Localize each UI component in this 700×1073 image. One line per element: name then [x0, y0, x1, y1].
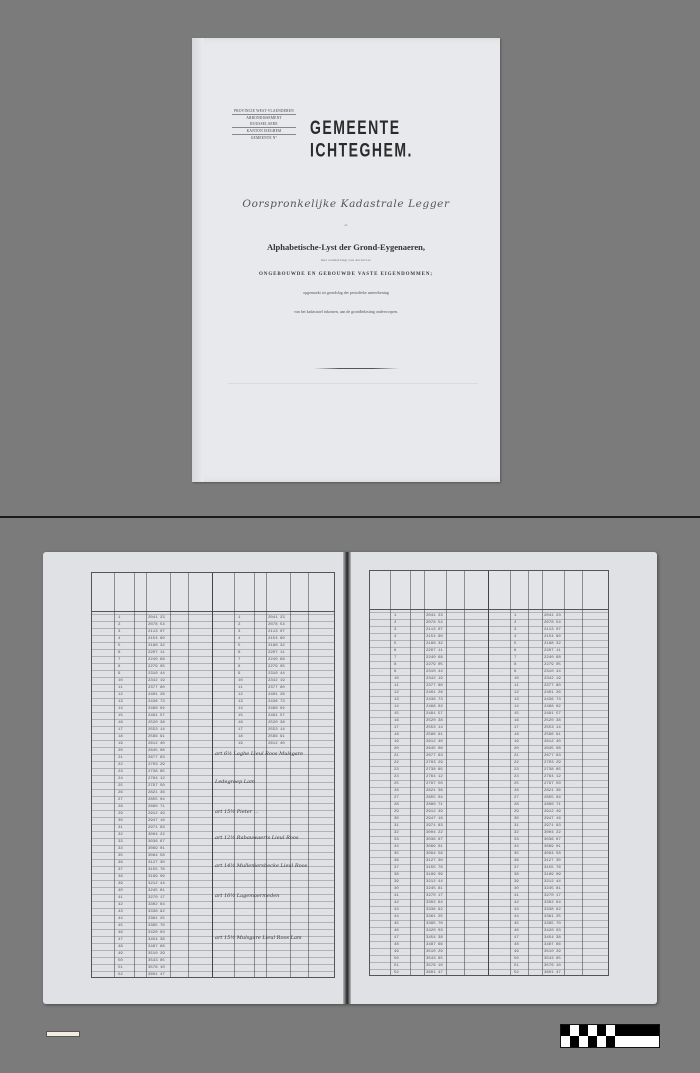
handwritten-entry: art 15½ Mulsgare Lieul Roos Lam — [215, 935, 302, 941]
center-column-rule — [212, 573, 213, 977]
handwritten-entry: art 15½ Pieter ... — [215, 809, 258, 815]
of-word: of — [192, 223, 500, 227]
right-page: 1 2 3 4 5 6 7 8 9 10 11 12 13 14 15 16 1… — [347, 552, 657, 1004]
left-page: 1 2 3 4 5 6 7 8 9 10 11 12 13 14 15 16 1… — [43, 552, 347, 1004]
parcel-values: 2041 23 2078 54 2113 07 2154 90 2188 32 … — [268, 615, 285, 745]
admin-line: GEMEENTE N° — [232, 135, 296, 141]
admin-line: KANTON ISEGHEM — [232, 128, 296, 135]
caps-line: ONGEBOUWDE EN GEBOUWDE VASTE EIGENDOMMEN… — [192, 272, 500, 277]
parcel-values: 2041 23 2078 54 2113 07 2154 90 2188 32 … — [544, 613, 561, 977]
ornamental-rule — [314, 368, 399, 369]
subtitle-small: met vermelding van derzelver — [192, 258, 500, 262]
handwritten-entry: Ledegroep Lam — [215, 779, 255, 785]
parcel-numbers: 1 2 3 4 5 6 7 8 9 10 11 12 13 14 15 16 1… — [514, 613, 519, 977]
script-title: Oorspronkelijke Kadastrale Legger — [192, 198, 500, 210]
ledger-table-left: 1 2 3 4 5 6 7 8 9 10 11 12 13 14 15 16 1… — [91, 572, 335, 978]
handwritten-entry: art 6½ Laghe Lieul Roos Mulsgare — [215, 751, 303, 757]
parcel-numbers: 1 2 3 4 5 6 7 8 9 10 11 12 13 14 15 16 1… — [238, 615, 243, 745]
municipality-title: GEMEENTE ICHTEGHEM. — [310, 116, 500, 161]
description-line-2: van het kadastrael inkomen, aan de grond… — [192, 309, 500, 314]
specimen-label — [46, 1031, 80, 1037]
book-gutter — [343, 552, 351, 1004]
handwritten-entry: art 14½ Mulleniersbecke Lieul Roos — [215, 863, 307, 869]
handwritten-entry: art 16½ Lagemaermeden — [215, 893, 279, 899]
faint-bottom-region — [228, 383, 478, 469]
parcel-numbers: 1 2 3 4 5 6 7 8 9 10 11 12 13 14 15 16 1… — [394, 613, 399, 977]
center-column-rule — [488, 571, 489, 975]
main-title: Alphabetische-Lyst der Grond-Eygenaeren, — [192, 242, 500, 252]
parcel-values: 2041 23 2078 54 2113 07 2154 90 2188 32 … — [426, 613, 443, 977]
scale-bar — [560, 1024, 660, 1048]
admin-line: PROVINCIE WEST-VLAENDEREN — [232, 108, 296, 115]
ledger-table-right: 1 2 3 4 5 6 7 8 9 10 11 12 13 14 15 16 1… — [369, 570, 609, 976]
administrative-header: PROVINCIE WEST-VLAENDEREN ARRONDISSEMENT… — [232, 108, 296, 141]
ledger-cover-page: PROVINCIE WEST-VLAENDEREN ARRONDISSEMENT… — [192, 38, 500, 482]
parcel-values: 2041 23 2078 54 2113 07 2154 90 2188 32 … — [148, 615, 165, 979]
open-ledger-book: 1 2 3 4 5 6 7 8 9 10 11 12 13 14 15 16 1… — [43, 552, 657, 1004]
section-divider — [0, 516, 700, 518]
parcel-numbers: 1 2 3 4 5 6 7 8 9 10 11 12 13 14 15 16 1… — [118, 615, 123, 979]
admin-line: ARRONDISSEMENT ROUSSELAERE — [232, 115, 296, 128]
description-line-1: opgemaekt tot grondslag der periodieke a… — [192, 290, 500, 295]
handwritten-entry: art 12½ Rabauwaerts Lieul Roos — [215, 835, 298, 841]
